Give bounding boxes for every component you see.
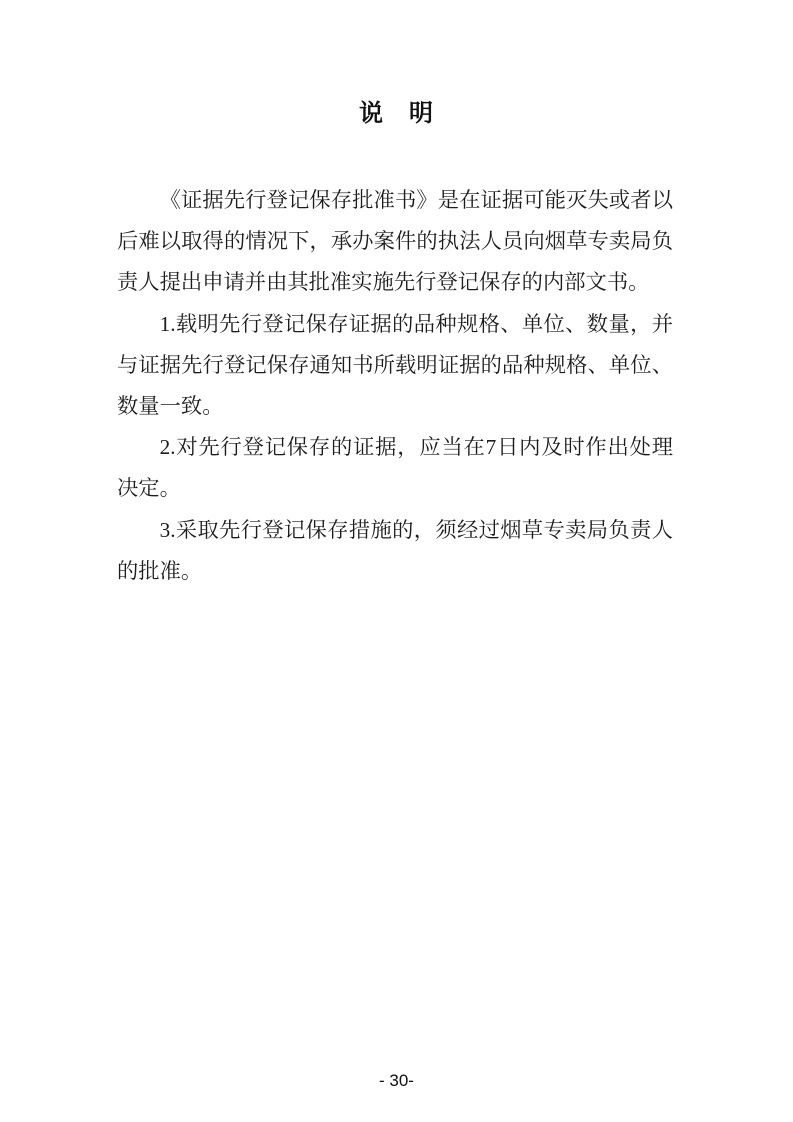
paragraph: 1.载明先行登记保存证据的品种规格、单位、数量，并与证据先行登记保存通知书所载明… [117,304,673,428]
page-title: 说 明 [0,0,793,130]
paragraph: 3.采取先行登记保存措施的，须经过烟草专卖局负责人的批准。 [117,510,673,592]
body-text: 《证据先行登记保存批准书》是在证据可能灭失或者以后难以取得的情况下，承办案件的执… [117,180,673,592]
page-number: - 30- [0,1071,793,1091]
paragraph: 《证据先行登记保存批准书》是在证据可能灭失或者以后难以取得的情况下，承办案件的执… [117,180,673,304]
document-page: 说 明 《证据先行登记保存批准书》是在证据可能灭失或者以后难以取得的情况下，承办… [0,0,793,1122]
paragraph: 2.对先行登记保存的证据，应当在7日内及时作出处理决定。 [117,427,673,509]
